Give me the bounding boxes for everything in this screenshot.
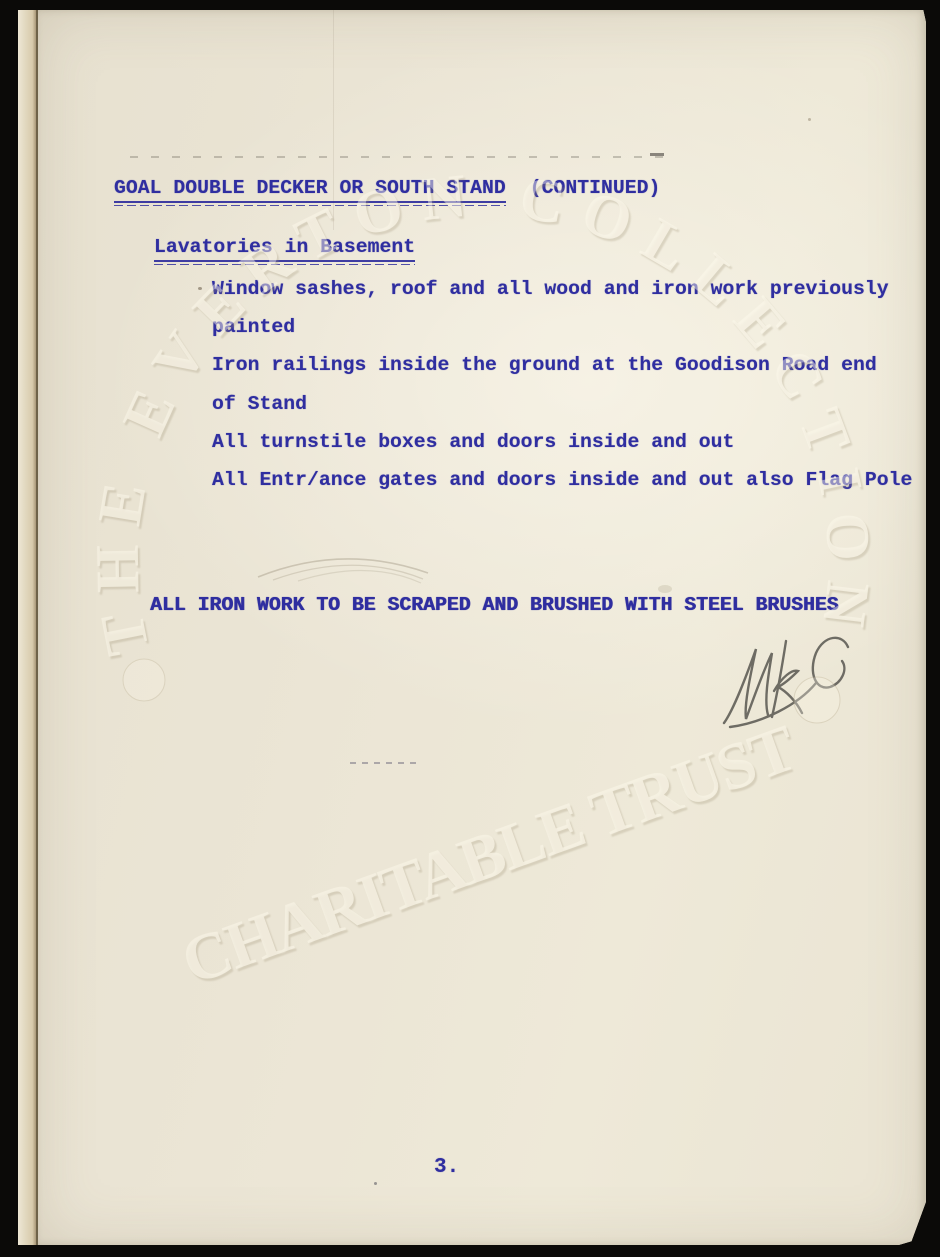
body-line: of Stand: [212, 393, 307, 416]
paper-smudge: [658, 585, 672, 593]
section-title: Lavatories in Basement: [154, 236, 415, 259]
paper-speck: [374, 1182, 377, 1185]
book-page-edge: [18, 10, 38, 1245]
ghost-offset-print-line: [130, 156, 665, 158]
paper-speck: [808, 118, 811, 121]
pencil-smudge-arc: [253, 535, 438, 585]
watermark-dot-left: [123, 659, 165, 701]
watermark-diagonal-light-text: CHARITABLE TRUST: [172, 710, 808, 999]
handwritten-initials: [720, 625, 860, 737]
scanned-document-page: GOAL DOUBLE DECKER OR SOUTH STAND(CONTIN…: [0, 0, 940, 1257]
ghost-offset-print-dash: [650, 153, 664, 156]
paper-sheet: GOAL DOUBLE DECKER OR SOUTH STAND(CONTIN…: [18, 10, 926, 1245]
body-line: Window sashes, roof and all wood and iro…: [212, 278, 889, 301]
watermark-diagonal-shadow-text: CHARITABLE TRUST: [174, 713, 810, 1002]
body-line: painted: [212, 316, 295, 339]
paper-speck: [198, 287, 202, 290]
body-line: All Entr/ance gates and doors inside and…: [212, 469, 912, 492]
watermark-diagonal-shadow: CHARITABLE TRUST: [174, 713, 810, 1002]
heading-underlined-text: GOAL DOUBLE DECKER OR SOUTH STAND: [114, 177, 506, 206]
body-line: Iron railings inside the ground at the G…: [212, 354, 877, 377]
typed-page: GOAL DOUBLE DECKER OR SOUTH STAND(CONTIN…: [38, 10, 926, 1245]
page-number: 3.: [434, 1156, 459, 1179]
section-title-text: Lavatories in Basement: [154, 236, 415, 265]
heading-continued-text: (CONTINUED): [530, 177, 661, 199]
iron-work-note: ALL IRON WORK TO BE SCRAPED AND BRUSHED …: [150, 594, 839, 617]
faint-ink-marks: [350, 762, 416, 764]
watermark-diagonal-text: CHARITABLE TRUST: [172, 710, 808, 999]
page-heading: GOAL DOUBLE DECKER OR SOUTH STAND(CONTIN…: [114, 177, 660, 200]
body-line: All turnstile boxes and doors inside and…: [212, 431, 734, 454]
